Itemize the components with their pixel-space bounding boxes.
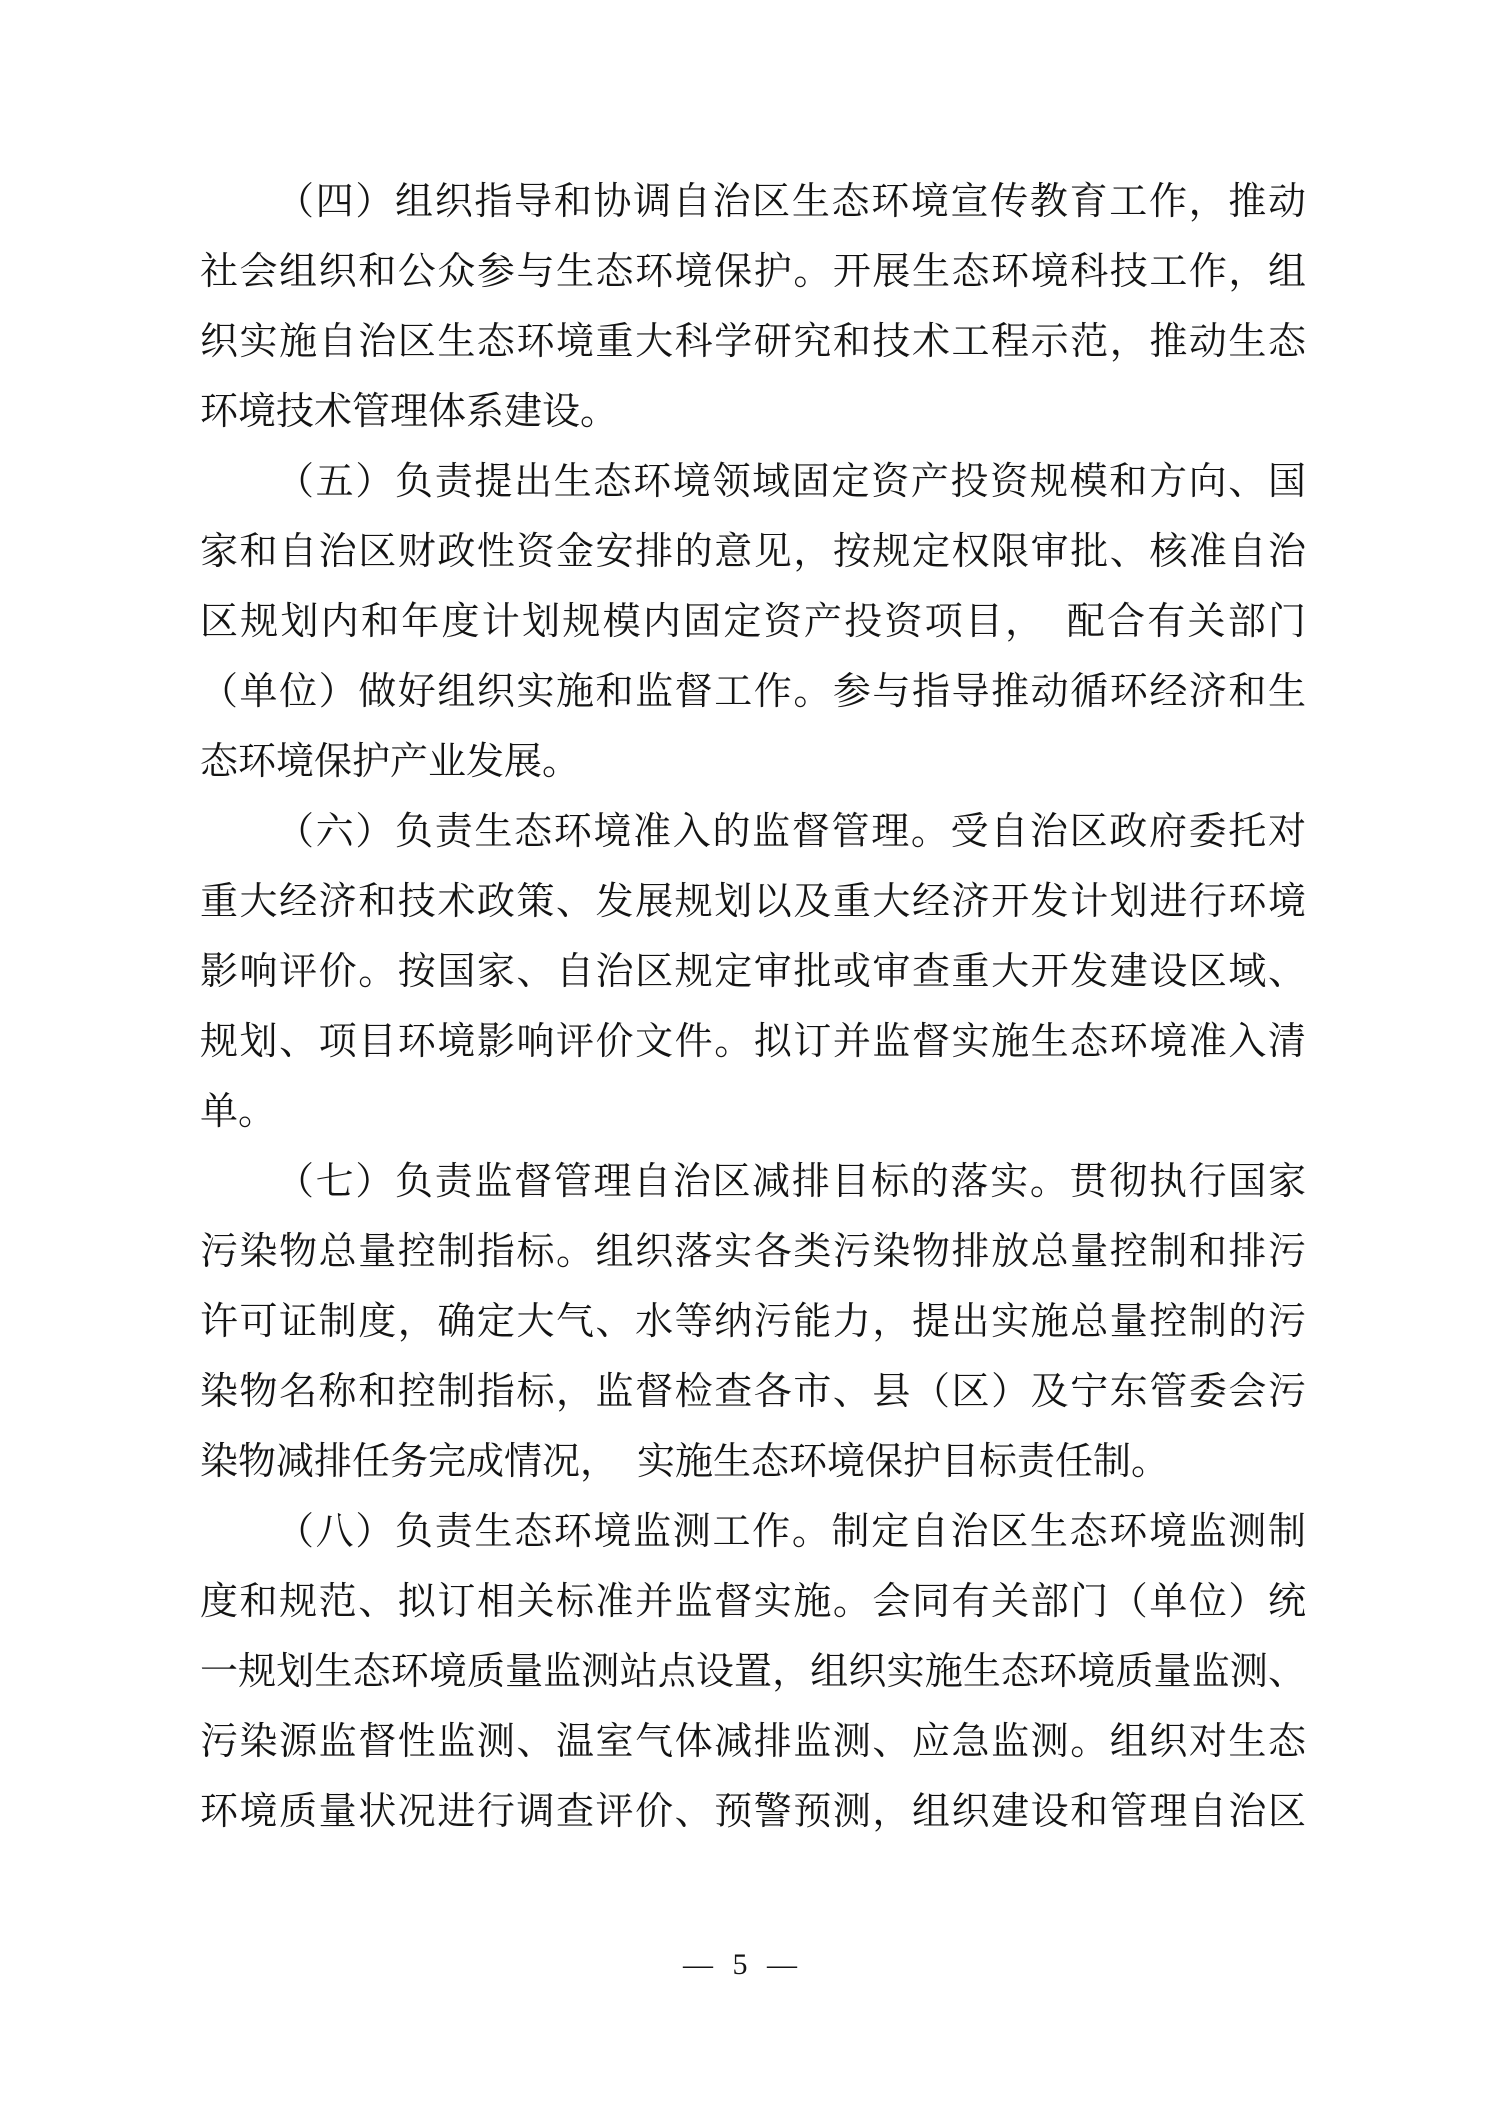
document-body: （四）组织指导和协调自治区生态环境宣传教育工作，推动 社会组织和公众参与生态环境… xyxy=(200,167,1306,1847)
text-line: 污染物总量控制指标。组织落实各类污染物排放总量控制和排污 xyxy=(200,1217,1306,1287)
text-line: 环境质量状况进行调查评价、预警预测，组织建设和管理自治区 xyxy=(200,1777,1306,1847)
text-line: 态环境保护产业发展。 xyxy=(200,727,1306,797)
paragraph-item-5: （五）负责提出生态环境领域固定资产投资规模和方向、国 家和自治区财政性资金安排的… xyxy=(200,447,1306,797)
paragraph-item-7: （七）负责监督管理自治区减排目标的落实。贯彻执行国家 污染物总量控制指标。组织落… xyxy=(200,1147,1306,1497)
text-line: 污染源监督性监测、温室气体减排监测、应急监测。组织对生态 xyxy=(200,1707,1306,1777)
text-line: 织实施自治区生态环境重大科学研究和技术工程示范，推动生态 xyxy=(200,307,1306,377)
text-line: （五）负责提出生态环境领域固定资产投资规模和方向、国 xyxy=(200,447,1306,517)
paragraph-item-6: （六）负责生态环境准入的监督管理。受自治区政府委托对 重大经济和技术政策、发展规… xyxy=(200,797,1306,1147)
text-line: 区规划内和年度计划规模内固定资产投资项目， 配合有关部门 xyxy=(200,587,1306,657)
paragraph-item-4: （四）组织指导和协调自治区生态环境宣传教育工作，推动 社会组织和公众参与生态环境… xyxy=(200,167,1306,447)
text-line: 影响评价。按国家、自治区规定审批或审查重大开发建设区域、 xyxy=(200,937,1306,1007)
text-line: 染物减排任务完成情况， 实施生态环境保护目标责任制。 xyxy=(200,1427,1306,1497)
text-line: （六）负责生态环境准入的监督管理。受自治区政府委托对 xyxy=(200,797,1306,867)
text-line: 社会组织和公众参与生态环境保护。开展生态环境科技工作，组 xyxy=(200,237,1306,307)
text-line: 一规划生态环境质量监测站点设置，组织实施生态环境质量监测、 xyxy=(200,1637,1306,1707)
text-line: 度和规范、拟订相关标准并监督实施。会同有关部门（单位）统 xyxy=(200,1567,1306,1637)
page-footer: — 5 — xyxy=(0,1948,1486,1982)
text-line: 环境技术管理体系建设。 xyxy=(200,377,1306,447)
text-line: 重大经济和技术政策、发展规划以及重大经济开发计划进行环境 xyxy=(200,867,1306,937)
text-line: 染物名称和控制指标，监督检查各市、县（区）及宁东管委会污 xyxy=(200,1357,1306,1427)
text-line: 家和自治区财政性资金安排的意见，按规定权限审批、核准自治 xyxy=(200,517,1306,587)
text-line: （四）组织指导和协调自治区生态环境宣传教育工作，推动 xyxy=(200,167,1306,237)
text-line: 单。 xyxy=(200,1077,1306,1147)
text-line: （七）负责监督管理自治区减排目标的落实。贯彻执行国家 xyxy=(200,1147,1306,1217)
paragraph-item-8: （八）负责生态环境监测工作。制定自治区生态环境监测制 度和规范、拟订相关标准并监… xyxy=(200,1497,1306,1847)
text-line: 许可证制度，确定大气、水等纳污能力，提出实施总量控制的污 xyxy=(200,1287,1306,1357)
document-page: （四）组织指导和协调自治区生态环境宣传教育工作，推动 社会组织和公众参与生态环境… xyxy=(0,0,1486,2103)
text-line: （八）负责生态环境监测工作。制定自治区生态环境监测制 xyxy=(200,1497,1306,1567)
text-line: （单位）做好组织实施和监督工作。参与指导推动循环经济和生 xyxy=(200,657,1306,727)
text-line: 规划、项目环境影响评价文件。拟订并监督实施生态环境准入清 xyxy=(200,1007,1306,1077)
page-number: — 5 — xyxy=(683,1948,803,1982)
